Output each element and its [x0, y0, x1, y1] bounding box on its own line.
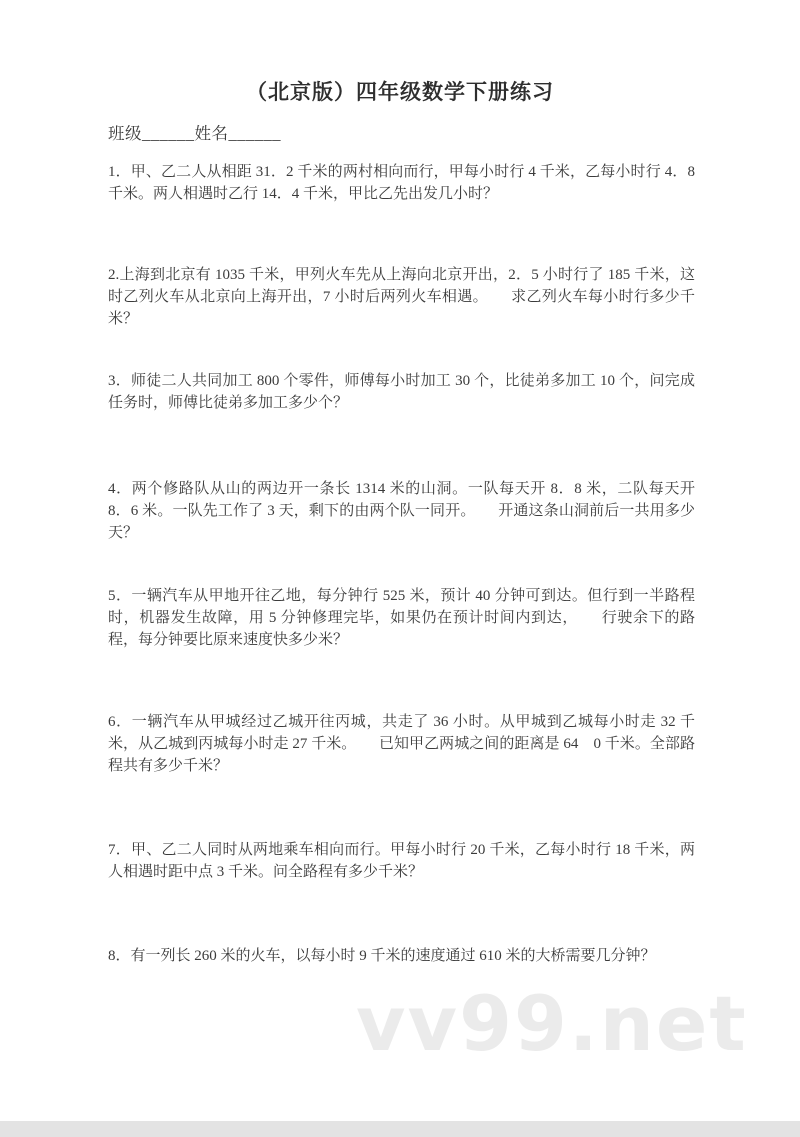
question-4: 4．两个修路队从山的两边开一条长 1314 米的山洞。一队每天开 8．8 米，二…	[108, 478, 695, 544]
question-5: 5．一辆汽车从甲地开往乙地，每分钟行 525 米，预计 40 分钟可到达。但行到…	[108, 585, 695, 651]
page-title: （北京版）四年级数学下册练习	[0, 76, 800, 106]
worksheet-page: （北京版）四年级数学下册练习 班级______姓名______ 1．甲、乙二人从…	[0, 0, 800, 1137]
question-7: 7．甲、乙二人同时从两地乘车相向而行。甲每小时行 20 千米，乙每小时行 18 …	[108, 839, 695, 883]
question-6: 6．一辆汽车从甲城经过乙城开往丙城，共走了 36 小时。从甲城到乙城每小时走 3…	[108, 711, 695, 777]
question-3: 3．师徒二人共同加工 800 个零件，师傅每小时加工 30 个，比徒弟多加工 1…	[108, 370, 695, 414]
question-1: 1．甲、乙二人从相距 31．2 千米的两村相向而行，甲每小时行 4 千米，乙每小…	[108, 161, 695, 205]
question-2: 2.上海到北京有 1035 千米，甲列火车先从上海向北京开出，2．5 小时行了 …	[108, 264, 695, 330]
class-name-blanks: 班级______姓名______	[108, 120, 281, 144]
site-watermark: vv99.net	[356, 986, 748, 1062]
question-8: 8．有一列长 260 米的火车，以每小时 9 千米的速度通过 610 米的大桥需…	[108, 945, 695, 967]
page-bottom-edge	[0, 1121, 800, 1137]
